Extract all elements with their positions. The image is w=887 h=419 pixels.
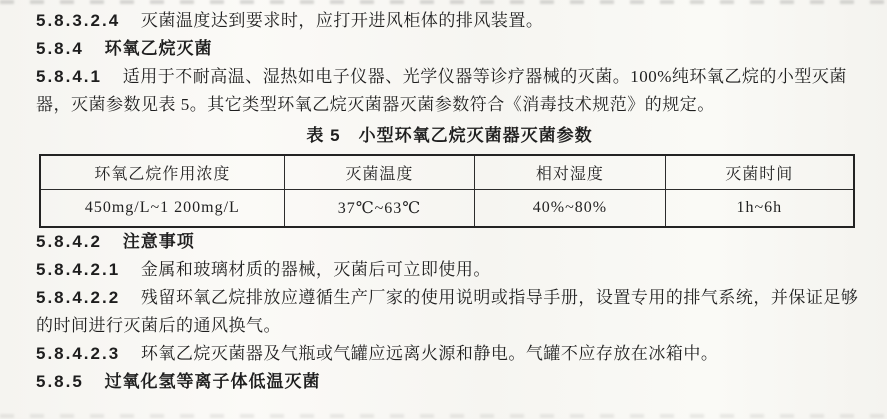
clause-title: 注意事项 xyxy=(123,232,195,251)
table-cell: 450mg/L~1 200mg/L xyxy=(40,190,284,228)
clause-number: 5.8.5 xyxy=(36,372,84,391)
table-caption-label: 表 5 xyxy=(306,126,340,145)
clause-text: 金属和玻璃材质的器械，灭菌后可立即使用。 xyxy=(141,260,491,279)
clause-5-8-4-2-2: 5.8.4.2.2 残留环氧乙烷排放应遵循生产厂家的使用说明或指导手册，设置专用… xyxy=(36,284,863,340)
clause-title: 环氧乙烷灭菌 xyxy=(105,39,213,58)
clause-number: 5.8.4.1 xyxy=(36,67,102,86)
table-cell: 40%~80% xyxy=(475,190,665,228)
sterilization-parameters-table: 环氧乙烷作用浓度 灭菌温度 相对湿度 灭菌时间 450mg/L~1 200mg/… xyxy=(39,154,855,228)
clause-text: 环氧乙烷灭菌器及气瓶或气罐应远离火源和静电。气罐不应存放在冰箱中。 xyxy=(141,344,719,363)
table-cell: 37℃~63℃ xyxy=(284,190,474,228)
clause-5-8-5: 5.8.5 过氧化氢等离子体低温灭菌 xyxy=(36,368,863,396)
clause-text: 适用于不耐高温、湿热如电子仪器、光学仪器等诊疗器械的灭菌。100%纯环氧乙烷的小… xyxy=(36,67,847,114)
table-caption-title: 小型环氧乙烷灭菌器灭菌参数 xyxy=(359,126,593,145)
clause-5-8-4-2-1: 5.8.4.2.1 金属和玻璃材质的器械，灭菌后可立即使用。 xyxy=(36,256,863,284)
clause-text: 灭菌温度达到要求时，应打开进风柜体的排风装置。 xyxy=(141,11,544,30)
clause-5-8-4-2: 5.8.4.2 注意事项 xyxy=(36,228,863,256)
clause-5-8-4: 5.8.4 环氧乙烷灭菌 xyxy=(36,35,863,63)
table-header-row: 环氧乙烷作用浓度 灭菌温度 相对湿度 灭菌时间 xyxy=(40,155,854,190)
table-header-cell: 环氧乙烷作用浓度 xyxy=(40,155,284,190)
clause-number: 5.8.4 xyxy=(36,39,84,58)
clause-number: 5.8.4.2.1 xyxy=(36,260,120,279)
table-cell: 1h~6h xyxy=(665,190,854,228)
clause-5-8-4-2-3: 5.8.4.2.3 环氧乙烷灭菌器及气瓶或气罐应远离火源和静电。气罐不应存放在冰… xyxy=(36,340,863,368)
clause-text: 残留环氧乙烷排放应遵循生产厂家的使用说明或指导手册，设置专用的排气系统，并保证足… xyxy=(36,288,858,335)
clause-number: 5.8.3.2.4 xyxy=(36,11,120,30)
clause-number: 5.8.4.2.3 xyxy=(36,344,120,363)
clause-title: 过氧化氢等离子体低温灭菌 xyxy=(105,372,321,391)
clause-5-8-3-2-4: 5.8.3.2.4 灭菌温度达到要求时，应打开进风柜体的排风装置。 xyxy=(36,7,863,35)
table-header-cell: 相对湿度 xyxy=(475,155,665,190)
document-page: 5.8.3.2.4 灭菌温度达到要求时，应打开进风柜体的排风装置。 5.8.4 … xyxy=(0,0,887,419)
scan-artifact-top xyxy=(0,0,887,4)
clause-number: 5.8.4.2.2 xyxy=(36,288,120,307)
table-caption: 表 5小型环氧乙烷灭菌器灭菌参数 xyxy=(36,121,863,151)
scan-artifact-bottom xyxy=(0,414,887,418)
clause-5-8-4-1: 5.8.4.1 适用于不耐高温、湿热如电子仪器、光学仪器等诊疗器械的灭菌。100… xyxy=(36,63,863,119)
table-row: 450mg/L~1 200mg/L 37℃~63℃ 40%~80% 1h~6h xyxy=(40,190,854,228)
table-header-cell: 灭菌时间 xyxy=(665,155,854,190)
clause-number: 5.8.4.2 xyxy=(36,232,102,251)
table-header-cell: 灭菌温度 xyxy=(284,155,474,190)
